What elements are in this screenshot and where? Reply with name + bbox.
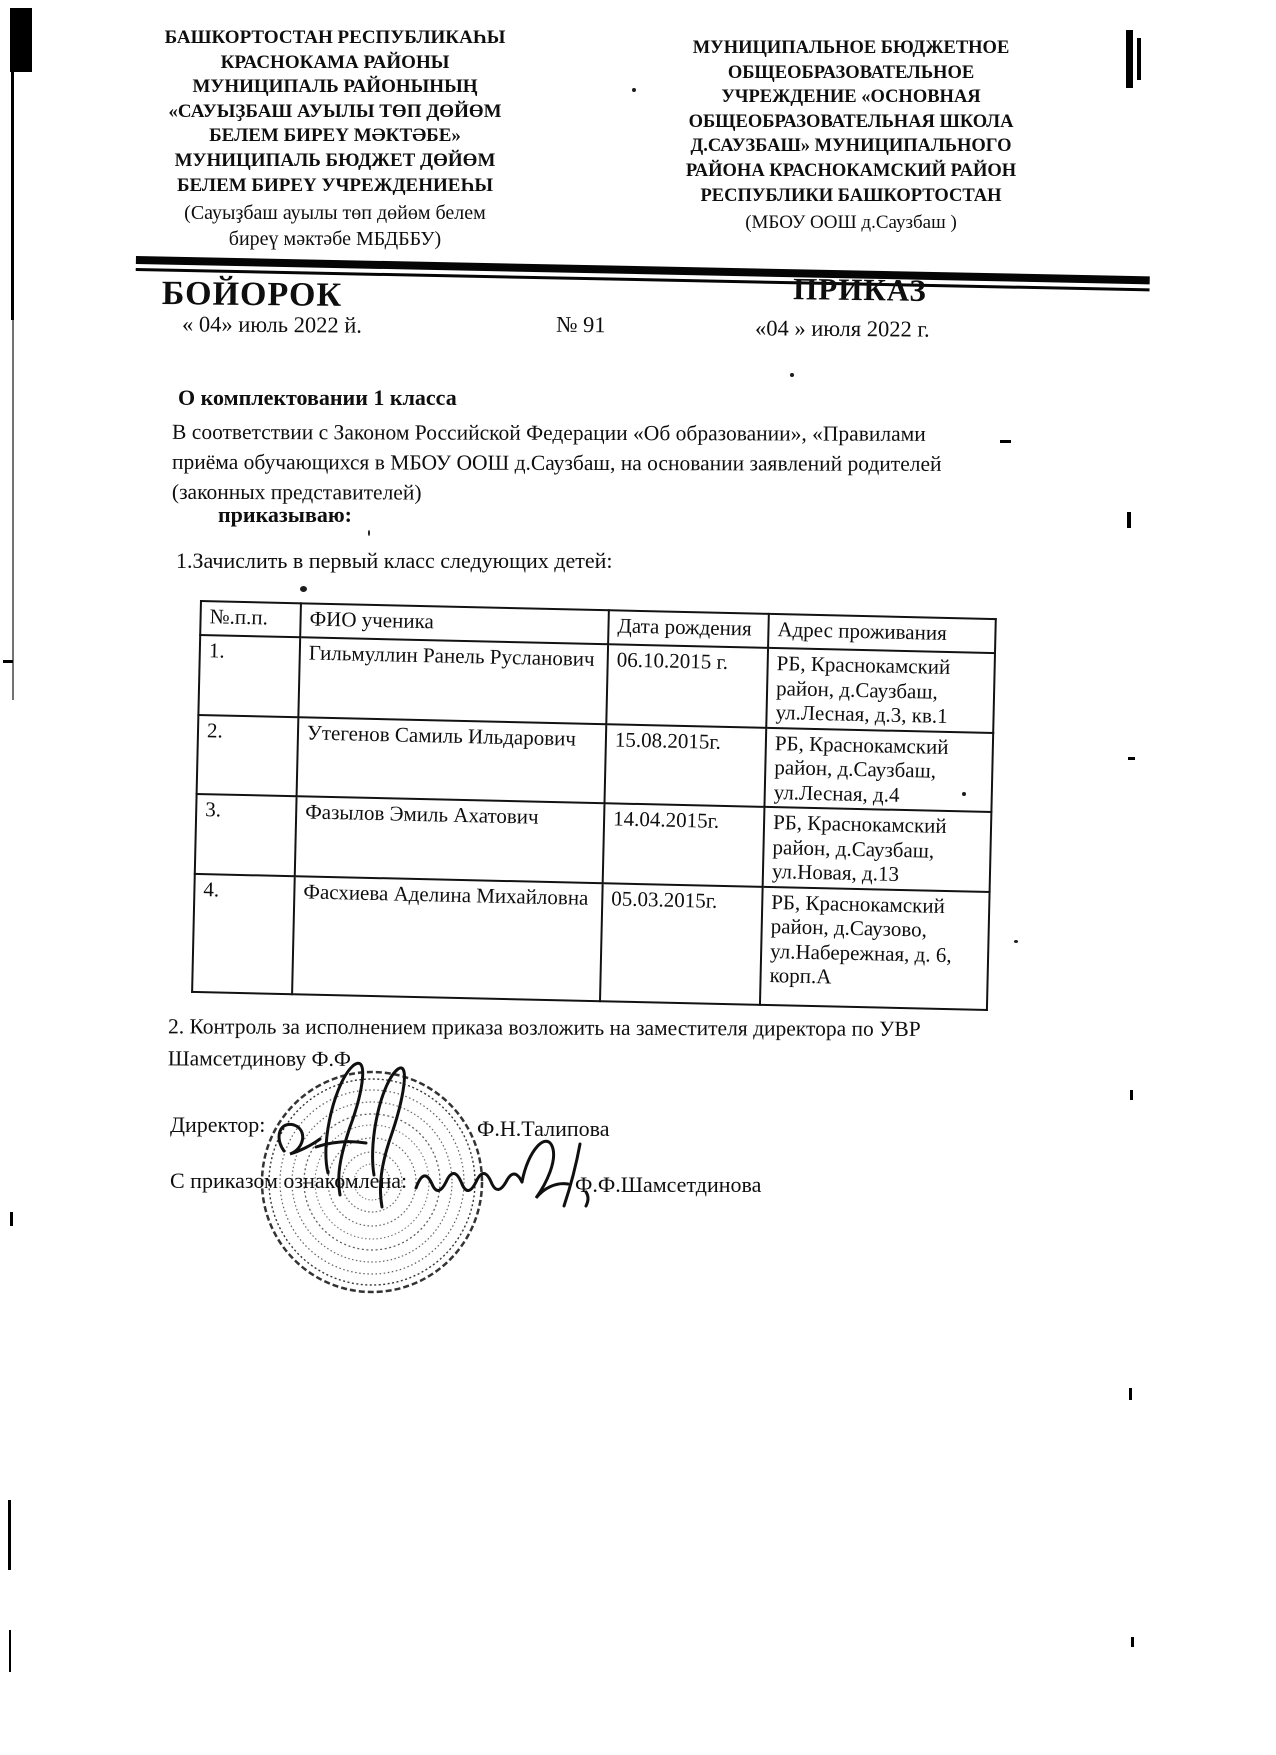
students-table: №.п.п.ФИО ученикаДата рожденияАдрес прож… bbox=[191, 600, 997, 1010]
scan-artifact bbox=[8, 1500, 11, 1570]
scan-speck bbox=[790, 373, 794, 377]
director-label: Директор: bbox=[170, 1112, 265, 1138]
cell-name: Фазылов Эмиль Ахатович bbox=[295, 796, 605, 882]
letterhead-russian: МУНИЦИПАЛЬНОЕ БЮДЖЕТНОЕ ОБЩЕОБРАЗОВАТЕЛЬ… bbox=[612, 36, 1090, 208]
cell-num: 4. bbox=[192, 873, 295, 993]
scan-speck bbox=[300, 586, 307, 592]
scan-artifact bbox=[1130, 1090, 1133, 1100]
scan-artifact bbox=[9, 1630, 11, 1672]
column-header: Дата рождения bbox=[608, 610, 769, 648]
cell-num: 3. bbox=[195, 794, 297, 876]
table-row: 4.Фасхиева Аделина Михайловна05.03.2015г… bbox=[192, 873, 989, 1009]
letterhead-bashkir: БАШКОРТОСТАН РЕСПУБЛИКАҺЫ КРАСНОКАМА РАЙ… bbox=[112, 26, 558, 198]
students-table-body: 1.Гильмуллин Ранель Русланович06.10.2015… bbox=[192, 635, 995, 1009]
scan-artifact bbox=[1128, 757, 1135, 760]
order-item-1: 1.Зачислить в первый класс следующих дет… bbox=[176, 548, 613, 574]
order-preamble: В соответствии с Законом Российской Феде… bbox=[172, 417, 1032, 509]
order-date-russian: «04 » июля 2022 г. bbox=[755, 315, 930, 342]
director-name: Ф.Н.Талипова bbox=[477, 1116, 610, 1142]
cell-dob: 15.08.2015г. bbox=[604, 724, 766, 807]
cell-name: Фасхиева Аделина Михайловна bbox=[292, 876, 603, 1001]
cell-dob: 14.04.2015г. bbox=[603, 803, 765, 886]
acknowledged-name: Ф.Ф.Шамсетдинова bbox=[575, 1172, 761, 1198]
scan-artifact bbox=[10, 1212, 13, 1226]
cell-address: РБ, Краснокамский район, д.Саузбаш, ул.Н… bbox=[763, 807, 992, 892]
scan-artifact bbox=[11, 70, 14, 320]
cell-num: 1. bbox=[198, 635, 300, 717]
scan-artifact bbox=[3, 660, 13, 663]
column-header: Адрес проживания bbox=[768, 614, 996, 653]
scan-artifact bbox=[10, 8, 32, 72]
column-header: №.п.п. bbox=[200, 601, 301, 637]
decree-word: приказываю: bbox=[218, 502, 352, 528]
cell-address: РБ, Краснокамский район, д.Саузбаш, ул.Л… bbox=[764, 727, 993, 812]
order-date-bashkir: « 04» июль 2022 й. bbox=[182, 311, 362, 338]
cell-address: РБ, Краснокамский район, д.Саузбаш, ул.Л… bbox=[766, 648, 995, 733]
scan-artifact bbox=[1129, 1388, 1132, 1400]
scan-artifact bbox=[1127, 512, 1131, 528]
scan-artifact bbox=[1131, 1637, 1134, 1647]
order-number: № 91 bbox=[556, 312, 606, 338]
cell-num: 2. bbox=[197, 714, 299, 796]
cell-name: Гильмуллин Ранель Русланович bbox=[298, 637, 608, 723]
scan-artifact bbox=[12, 320, 14, 700]
cell-dob: 06.10.2015 г. bbox=[606, 644, 768, 727]
scanned-order-document: БАШКОРТОСТАН РЕСПУБЛИКАҺЫ КРАСНОКАМА РАЙ… bbox=[0, 0, 1276, 1755]
acknowledged-label: С приказом ознакомлена: bbox=[170, 1168, 407, 1194]
cell-dob: 05.03.2015г. bbox=[600, 883, 763, 1005]
letterhead-bashkir-abbrev: (Сауыҙбаш ауылы төп дөйөм белем биреү мә… bbox=[112, 200, 558, 252]
cell-address: РБ, Краснокамский район, д.Саузово, ул.Н… bbox=[760, 886, 990, 1009]
scan-speck bbox=[368, 530, 370, 536]
order-title-russian: ПРИКАЗ bbox=[700, 270, 1020, 310]
scan-artifact bbox=[1126, 30, 1133, 88]
cell-name: Утегенов Самиль Ильдарович bbox=[297, 717, 607, 803]
scan-speck bbox=[1014, 940, 1018, 943]
scan-artifact bbox=[1137, 38, 1141, 80]
letterhead-russian-abbrev: (МБОУ ООШ д.Саузбаш ) bbox=[612, 210, 1090, 236]
order-title-bashkir: БОЙОРОК bbox=[92, 274, 412, 315]
order-subject: О комплектовании 1 класса bbox=[178, 385, 457, 411]
